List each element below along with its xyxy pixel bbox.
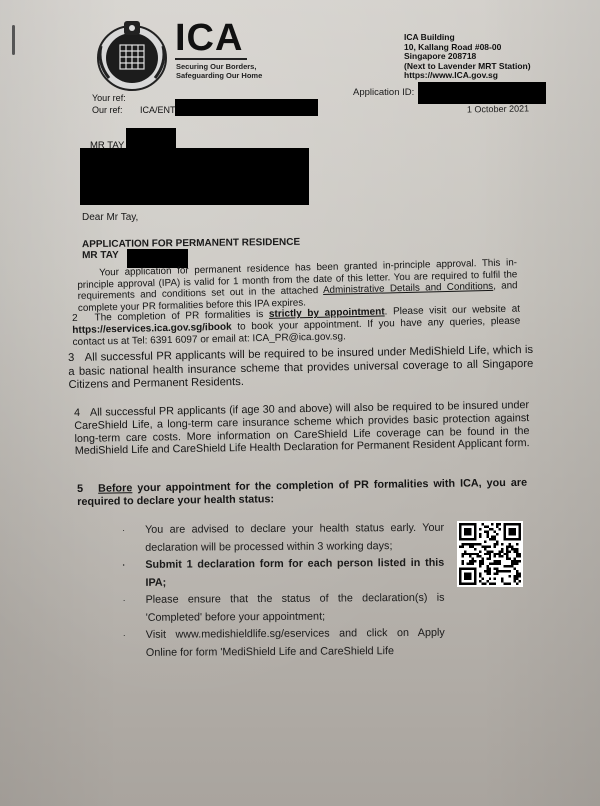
health-declaration-list: · You are advised to declare your health… [122,520,445,662]
redaction-box [175,99,318,116]
list-item: · Please ensure that the status of the d… [122,590,444,627]
list-item: · Visit www.medishieldlife.sg/eservices … [123,625,445,662]
list-item-text: Visit www.medishieldlife.sg/eservices an… [146,627,445,659]
salutation: Dear Mr Tay, [82,212,138,223]
list-item-text: Please ensure that the status of the dec… [146,592,445,624]
paragraph-number: 5 [77,483,83,495]
list-item-text: Submit 1 declaration form for each perso… [145,557,444,589]
list-item: · Submit 1 declaration form for each per… [122,555,444,592]
our-ref-value: ICA/ENT [140,105,176,115]
bullet-marker: · [123,627,126,645]
ica-crest-icon [93,18,171,92]
ica-tagline: Securing Our Borders, Safeguarding Our H… [176,62,262,80]
bullet-marker: · [122,522,125,540]
subject-name: MR TAY [82,248,300,261]
emphasis-text: Before [98,482,132,494]
website-link[interactable]: https://www.ICA.gov.sg [404,71,531,81]
wordmark-rule [175,58,247,60]
list-item: · You are advised to declare your health… [122,520,444,557]
redaction-box [126,128,176,150]
bullet-marker: · [122,557,125,575]
ica-wordmark: ICA [175,17,243,60]
application-id-label: Application ID: [353,87,414,98]
paragraph-number: 4 [74,407,80,419]
paragraph-3: 3 All successful PR applicants will be r… [68,344,534,393]
redaction-box [80,148,309,205]
paragraph-number: 3 [68,352,74,364]
staple-mark [12,25,15,55]
paragraph-text: your appointment for the completion of P… [77,477,527,508]
paragraph-5: 5 Before your appointment for the comple… [77,477,527,509]
list-item-text: You are advised to declare your health s… [145,522,444,554]
paragraph-text: All successful PR applicants will be req… [68,344,533,391]
tagline-line-1: Securing Our Borders, [176,62,262,71]
tagline-line-2: Safeguarding Our Home [176,71,262,80]
paragraph-4: 4 All successful PR applicants (if age 3… [74,399,530,458]
sender-address: ICA Building 10, Kallang Road #08-00 Sin… [404,33,531,81]
letter-date: 1 October 2021 [467,103,529,114]
our-ref-label: Our ref: [92,105,123,115]
qr-code-icon[interactable] [457,521,523,587]
letter-subject: APPLICATION FOR PERMANENT RESIDENCE MR T… [82,237,300,261]
bullet-marker: · [122,592,125,610]
subject-title: APPLICATION FOR PERMANENT RESIDENCE [82,237,300,250]
your-ref-label: Your ref: [92,93,126,103]
paragraph-number: 2 [72,313,78,324]
redaction-box [418,82,546,104]
paragraph-text: All successful PR applicants (if age 30 … [74,399,530,457]
